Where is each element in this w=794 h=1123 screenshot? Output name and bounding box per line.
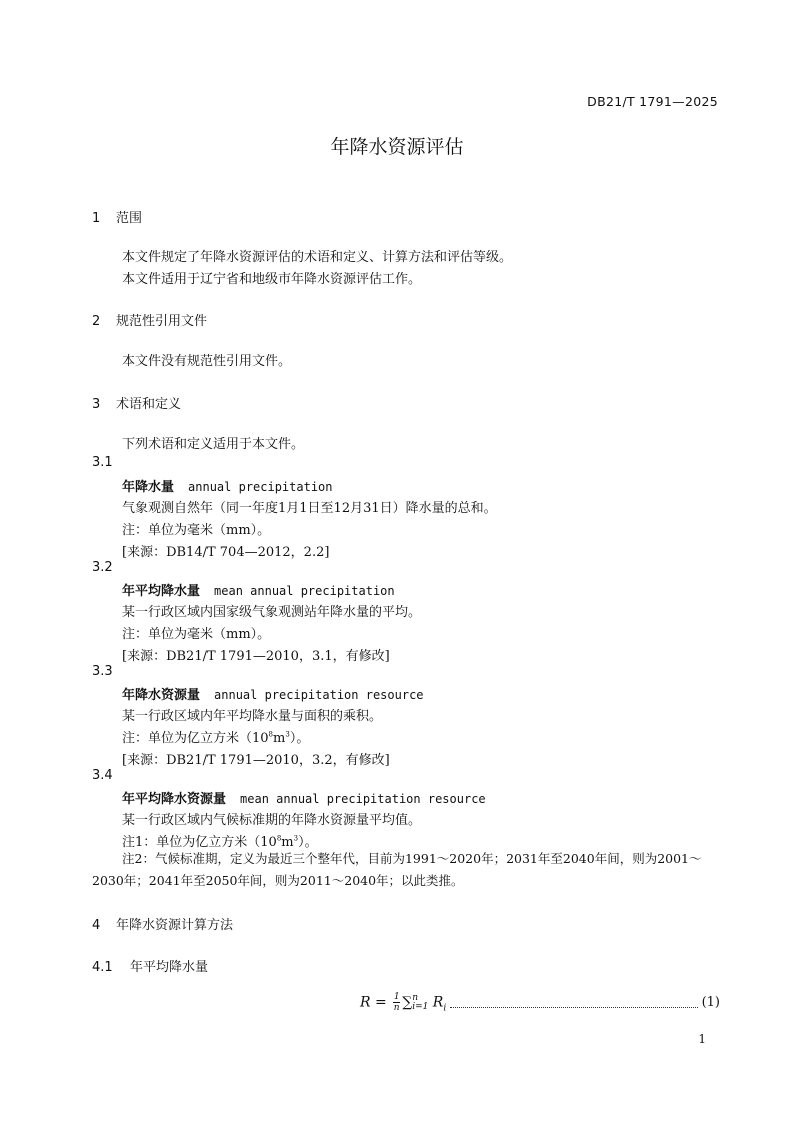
clause-number: 3.2 bbox=[92, 560, 113, 575]
equation-number: (1) bbox=[702, 995, 720, 1010]
term-definition: 某一行政区域内国家级气象观测站年降水量的平均。 bbox=[122, 601, 421, 620]
term-heading: 年降水量annual precipitation bbox=[122, 476, 333, 495]
page-title: 年降水资源评估 bbox=[0, 132, 794, 159]
page-number: 1 bbox=[698, 1032, 706, 1046]
term-source: [来源：DB21/T 1791—2010，3.1，有修改] bbox=[122, 645, 390, 664]
paragraph: 本文件规定了年降水资源评估的术语和定义、计算方法和评估等级。 bbox=[122, 246, 512, 265]
term-definition: 气象观测自然年（同一年度1月1日至12月31日）降水量的总和。 bbox=[122, 497, 497, 516]
section-number: 2 bbox=[92, 314, 116, 329]
term-note-2: 注2：气候标准期，定义为最近三个整年代，目前为1991～2020年；2031年至… bbox=[92, 848, 720, 892]
document-page: DB21/T 1791—2025 年降水资源评估 1范围 本文件规定了年降水资源… bbox=[0, 0, 794, 1123]
term-en: mean annual precipitation resource bbox=[240, 792, 486, 806]
term-zh: 年降水资源量 bbox=[122, 688, 200, 703]
section-heading-3: 3术语和定义 bbox=[92, 393, 181, 412]
section-heading-1: 1范围 bbox=[92, 207, 142, 226]
subsection-title: 年平均降水量 bbox=[130, 960, 208, 975]
section-title: 年降水资源计算方法 bbox=[116, 918, 233, 933]
term-note: 注：单位为亿立方米（108m3）。 bbox=[122, 727, 309, 746]
formula-1: R = 1n∑ni=1 Ri (1) bbox=[360, 992, 720, 1013]
term-zh: 年降水量 bbox=[122, 480, 174, 495]
term-note: 注：单位为毫米（mm）。 bbox=[122, 519, 270, 538]
term-zh: 年平均降水量 bbox=[122, 584, 200, 599]
paragraph: 本文件适用于辽宁省和地级市年降水资源评估工作。 bbox=[122, 268, 421, 287]
term-heading: 年降水资源量annual precipitation resource bbox=[122, 684, 424, 703]
section-heading-4: 4年降水资源计算方法 bbox=[92, 914, 233, 933]
leader-dots bbox=[450, 997, 697, 1008]
term-heading: 年平均降水资源量mean annual precipitation resour… bbox=[122, 788, 486, 807]
section-heading-2: 2规范性引用文件 bbox=[92, 310, 207, 329]
clause-number: 3.4 bbox=[92, 768, 113, 783]
section-number: 3 bbox=[92, 397, 116, 412]
term-source: [来源：DB14/T 704—2012，2.2] bbox=[122, 541, 329, 560]
term-en: annual precipitation bbox=[188, 480, 333, 494]
section-number: 4 bbox=[92, 918, 116, 933]
paragraph: 下列术语和定义适用于本文件。 bbox=[122, 433, 304, 452]
section-title: 术语和定义 bbox=[116, 397, 181, 412]
term-definition: 某一行政区域内年平均降水量与面积的乘积。 bbox=[122, 705, 382, 724]
section-title: 范围 bbox=[116, 211, 142, 226]
term-source: [来源：DB21/T 1791—2010，3.2，有修改] bbox=[122, 749, 390, 768]
term-zh: 年平均降水资源量 bbox=[122, 792, 226, 807]
term-heading: 年平均降水量mean annual precipitation bbox=[122, 580, 395, 599]
section-number: 1 bbox=[92, 211, 116, 226]
paragraph: 本文件没有规范性引用文件。 bbox=[122, 350, 291, 369]
term-definition: 某一行政区域内气候标准期的年降水资源量平均值。 bbox=[122, 809, 421, 828]
term-note: 注：单位为毫米（mm）。 bbox=[122, 623, 270, 642]
subsection-heading-4-1: 4.1年平均降水量 bbox=[92, 956, 208, 975]
term-en: mean annual precipitation bbox=[214, 584, 395, 598]
subsection-number: 4.1 bbox=[92, 960, 130, 975]
term-en: annual precipitation resource bbox=[214, 688, 424, 702]
clause-number: 3.1 bbox=[92, 455, 113, 470]
clause-number: 3.3 bbox=[92, 664, 113, 679]
formula-expression: R = 1n∑ni=1 Ri bbox=[360, 992, 446, 1013]
document-number: DB21/T 1791—2025 bbox=[587, 94, 718, 109]
section-title: 规范性引用文件 bbox=[116, 314, 207, 329]
